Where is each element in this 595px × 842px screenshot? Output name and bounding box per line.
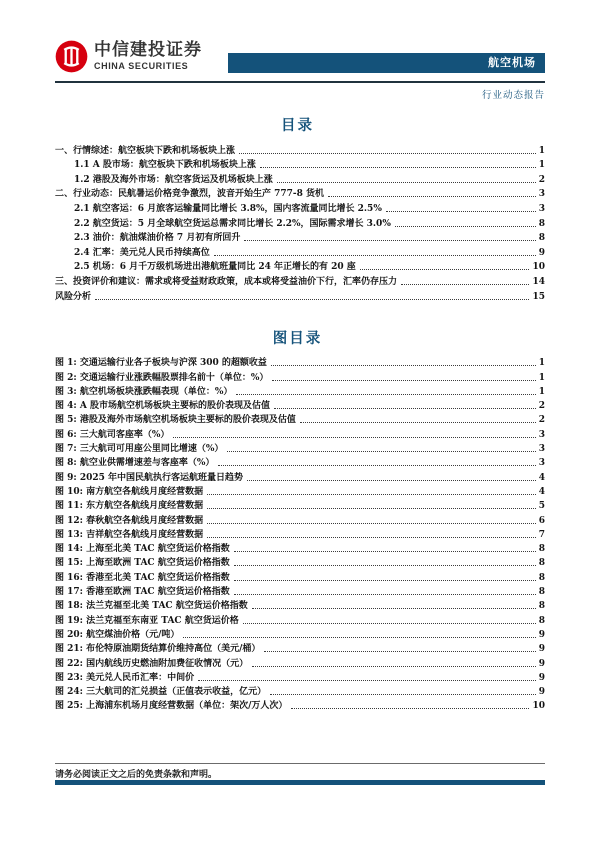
footer-disclaimer: 请务必阅读正文之后的免责条款和声明。 [55, 767, 217, 780]
footer-divider-thick [55, 780, 545, 785]
dot-leader [236, 394, 535, 395]
figure-entry-page: 2 [539, 415, 545, 425]
figure-entry-label: 图 13: 吉祥航空各航线月度经营数据 [55, 527, 203, 540]
figure-list: 图 1: 交通运输行业各子板块与沪深 300 的超额收益1图 2: 交通运输行业… [55, 354, 545, 711]
dot-leader [328, 196, 536, 197]
figure-entry-label: 图 1: 交通运输行业各子板块与沪深 300 的超额收益 [55, 355, 267, 368]
dot-leader [234, 551, 536, 552]
dot-leader [271, 365, 536, 366]
toc-entry-label: 2.3 油价：航油煤油价格 7 月初有所回升 [74, 230, 240, 243]
dot-leader [234, 580, 536, 581]
dot-leader [272, 380, 535, 381]
figure-entry-page: 7 [539, 530, 545, 540]
figure-entry[interactable]: 图 23: 美元兑人民币汇率：中间价9 [55, 669, 545, 683]
dot-leader [198, 680, 536, 681]
toc-entry[interactable]: 一、行情综述：航空板块下跌和机场板块上涨1 [55, 141, 545, 156]
figure-entry-label: 图 11: 东方航空各航线月度经营数据 [55, 498, 203, 511]
dot-leader [239, 153, 536, 154]
dot-leader [95, 299, 529, 300]
report-page: 中信建投证券 CHINA SECURITIES 航空机场 行业动态报告 目录 一… [0, 0, 595, 842]
dot-leader [207, 537, 536, 538]
figure-entry-page: 3 [539, 458, 545, 468]
figure-entry[interactable]: 图 12: 春秋航空各航线月度经营数据6 [55, 511, 545, 525]
figure-entry-label: 图 6: 三大航司客座率（%） [55, 427, 169, 440]
figure-entry[interactable]: 图 14: 上海至北美 TAC 航空货运价格指数8 [55, 540, 545, 554]
figure-entry-label: 图 20: 航空煤油价格（元/吨） [55, 627, 179, 640]
toc-entry-label: 2.1 航空客运：6 月旅客运输量同比增长 3.8%，国内客流量同比增长 2.5… [74, 201, 382, 214]
dot-leader [207, 523, 536, 524]
figure-entry[interactable]: 图 1: 交通运输行业各子板块与沪深 300 的超额收益1 [55, 354, 545, 368]
figure-entry[interactable]: 图 25: 上海浦东机场月度经营数据（单位：架次/万人次）10 [55, 697, 545, 711]
dot-leader [234, 565, 536, 566]
dot-leader [291, 708, 529, 709]
figure-entry[interactable]: 图 15: 上海至欧洲 TAC 航空货运价格指数8 [55, 554, 545, 568]
figure-entry[interactable]: 图 22: 国内航线历史燃油附加费征收情况（元）9 [55, 654, 545, 668]
figure-entry[interactable]: 图 11: 东方航空各航线月度经营数据5 [55, 497, 545, 511]
dot-leader [243, 623, 536, 624]
toc-entry[interactable]: 风险分析15 [55, 287, 545, 302]
toc-entry-label: 2.2 航空货运：5 月全球航空货运总需求同比增长 2.2%，国际需求增长 3.… [74, 216, 391, 229]
figure-entry-label: 图 15: 上海至欧洲 TAC 航空货运价格指数 [55, 555, 230, 568]
figure-entry-label: 图 4: A 股市场航空机场板块主要标的股价表现及估值 [55, 398, 270, 411]
figure-entry-label: 图 17: 香港至欧洲 TAC 航空货运价格指数 [55, 584, 230, 597]
figure-entry-page: 3 [539, 430, 545, 440]
figure-entry-label: 图 2: 交通运输行业涨跌幅股票排名前十（单位：%） [55, 370, 268, 383]
dot-leader [207, 508, 536, 509]
figure-entry-page: 1 [539, 358, 545, 368]
toc-entry[interactable]: 二、行业动态：民航暑运价格竞争激烈，波音开始生产 777-8 货机3 [55, 185, 545, 200]
dot-leader [401, 284, 529, 285]
figure-entry[interactable]: 图 3: 航空机场板块涨跌幅表现（单位：%）1 [55, 383, 545, 397]
company-logo: 中信建投证券 CHINA SECURITIES [55, 40, 202, 73]
toc-entry-label: 2.4 汇率：美元兑人民币持续高位 [74, 245, 210, 258]
figure-entry[interactable]: 图 5: 港股及海外市场航空机场板块主要标的股价表现及估值2 [55, 411, 545, 425]
dot-leader [395, 226, 536, 227]
figure-entry-page: 1 [539, 387, 545, 397]
toc-entry-label: 三、投资评价和建议：需求或将受益财政政策，成本或将受益油价下行，汇率仍存压力 [55, 274, 397, 287]
report-type-label: 行业动态报告 [482, 87, 545, 101]
dot-leader [173, 437, 535, 438]
figure-entry[interactable]: 图 13: 吉祥航空各航线月度经营数据7 [55, 526, 545, 540]
toc-entry-page: 1 [539, 160, 545, 170]
toc-entry[interactable]: 1.2 港股及海外市场：航空客货运及机场板块上涨2 [55, 170, 545, 185]
company-name-en: CHINA SECURITIES [94, 62, 202, 71]
dot-leader [244, 240, 535, 241]
figure-entry-page: 8 [539, 573, 545, 583]
company-name-cn: 中信建投证券 [94, 42, 202, 59]
toc-entry-page: 3 [539, 204, 545, 214]
figure-entry-page: 1 [539, 373, 545, 383]
figure-entry[interactable]: 图 4: A 股市场航空机场板块主要标的股价表现及估值2 [55, 397, 545, 411]
figure-entry[interactable]: 图 16: 香港至北美 TAC 航空货运价格指数8 [55, 568, 545, 582]
toc-entry-page: 14 [532, 277, 545, 287]
figure-entry-label: 图 16: 香港至北美 TAC 航空货运价格指数 [55, 570, 230, 583]
dot-leader [360, 269, 530, 270]
toc-entry[interactable]: 三、投资评价和建议：需求或将受益财政政策，成本或将受益油价下行，汇率仍存压力14 [55, 272, 545, 287]
dot-leader [207, 494, 536, 495]
figure-entry[interactable]: 图 8: 航空业供需增速差与客座率（%）3 [55, 454, 545, 468]
dot-leader [234, 594, 536, 595]
figure-entry-label: 图 22: 国内航线历史燃油附加费征收情况（元） [55, 656, 248, 669]
toc-entry-page: 3 [539, 189, 545, 199]
figure-entry-label: 图 24: 三大航司的汇兑损益（正值表示收益，亿元） [55, 684, 266, 697]
toc-entry-page: 1 [539, 146, 545, 156]
toc-entry-page: 2 [539, 175, 545, 185]
dot-leader [270, 694, 536, 695]
dot-leader [386, 211, 536, 212]
toc-entry-page: 15 [532, 292, 545, 302]
toc-entry[interactable]: 2.5 机场：6 月千万级机场进出港航班量同比 24 年正增长的有 20 座10 [55, 258, 545, 273]
figure-entry-page: 9 [539, 673, 545, 683]
figure-entry-label: 图 10: 南方航空各航线月度经营数据 [55, 484, 203, 497]
figure-entry-page: 3 [539, 444, 545, 454]
company-name: 中信建投证券 CHINA SECURITIES [94, 42, 202, 71]
dot-leader [218, 465, 535, 466]
figure-entry[interactable]: 图 21: 布伦特原油期货结算价维持高位（美元/桶）9 [55, 640, 545, 654]
dot-leader [183, 637, 535, 638]
figure-entry-label: 图 7: 三大航司可用座公里同比增速（%） [55, 441, 223, 454]
figure-entry-label: 图 25: 上海浦东机场月度经营数据（单位：架次/万人次） [55, 698, 287, 711]
toc-entry-label: 1.1 A 股市场：航空板块下跌和机场板块上涨 [74, 157, 256, 170]
toc-entry[interactable]: 2.1 航空客运：6 月旅客运输量同比增长 3.8%，国内客流量同比增长 2.5… [55, 199, 545, 214]
figure-entry-label: 图 9: 2025 年中国民航执行客运航班量日趋势 [55, 470, 243, 483]
dot-leader [247, 480, 536, 481]
toc-entry-page: 8 [539, 233, 545, 243]
figure-entry-page: 8 [539, 587, 545, 597]
toc-entry[interactable]: 2.2 航空货运：5 月全球航空货运总需求同比增长 2.2%，国际需求增长 3.… [55, 214, 545, 229]
figure-entry-page: 2 [539, 401, 545, 411]
figure-entry-page: 9 [539, 630, 545, 640]
figure-entry-page: 4 [539, 473, 545, 483]
figure-entry[interactable]: 图 2: 交通运输行业涨跌幅股票排名前十（单位：%）1 [55, 368, 545, 382]
toc-entry[interactable]: 2.4 汇率：美元兑人民币持续高位9 [55, 243, 545, 258]
figure-entry-label: 图 21: 布伦特原油期货结算价维持高位（美元/桶） [55, 641, 260, 654]
figure-entry[interactable]: 图 19: 法兰克福至东南亚 TAC 航空货运价格8 [55, 611, 545, 625]
footer-divider-thin [55, 763, 545, 764]
figure-entry-label: 图 14: 上海至北美 TAC 航空货运价格指数 [55, 541, 230, 554]
dot-leader [260, 167, 536, 168]
figure-entry[interactable]: 图 17: 香港至欧洲 TAC 航空货运价格指数8 [55, 583, 545, 597]
toc-entry-label: 一、行情综述：航空板块下跌和机场板块上涨 [55, 143, 235, 156]
dot-leader [214, 255, 536, 256]
figure-entry-label: 图 19: 法兰克福至东南亚 TAC 航空货运价格 [55, 613, 239, 626]
figure-entry-page: 8 [539, 544, 545, 554]
dot-leader [277, 182, 536, 183]
figure-entry-label: 图 8: 航空业供需增速差与客座率（%） [55, 455, 214, 468]
figure-entry[interactable]: 图 7: 三大航司可用座公里同比增速（%）3 [55, 440, 545, 454]
figure-entry-page: 9 [539, 644, 545, 654]
figure-entry-page: 9 [539, 659, 545, 669]
figure-entry-page: 9 [539, 687, 545, 697]
dot-leader [264, 651, 535, 652]
toc-entry-label: 1.2 港股及海外市场：航空客货运及机场板块上涨 [74, 172, 273, 185]
dot-leader [252, 608, 536, 609]
figure-entry-page: 6 [539, 516, 545, 526]
figure-entry-page: 5 [539, 501, 545, 511]
dot-leader [274, 408, 536, 409]
figure-entry-label: 图 3: 航空机场板块涨跌幅表现（单位：%） [55, 384, 232, 397]
dot-leader [300, 422, 536, 423]
figure-entry-label: 图 18: 法兰克福至北美 TAC 航空货运价格指数 [55, 598, 248, 611]
figure-entry-label: 图 12: 春秋航空各航线月度经营数据 [55, 513, 203, 526]
toc-entry-page: 10 [532, 262, 545, 272]
figure-entry[interactable]: 图 9: 2025 年中国民航执行客运航班量日趋势4 [55, 468, 545, 482]
figure-entry[interactable]: 图 10: 南方航空各航线月度经营数据4 [55, 483, 545, 497]
toc-title: 目录 [0, 114, 595, 135]
figure-entry-page: 8 [539, 616, 545, 626]
toc-entry-page: 8 [539, 219, 545, 229]
figure-entry-label: 图 5: 港股及海外市场航空机场板块主要标的股价表现及估值 [55, 412, 296, 425]
toc-entry[interactable]: 2.3 油价：航油煤油价格 7 月初有所回升8 [55, 229, 545, 244]
toc-entry-label: 风险分析 [55, 289, 91, 302]
figure-entry-label: 图 23: 美元兑人民币汇率：中间价 [55, 670, 194, 683]
toc-list: 一、行情综述：航空板块下跌和机场板块上涨11.1 A 股市场：航空板块下跌和机场… [55, 141, 545, 302]
figure-list-title: 图目录 [0, 327, 595, 348]
figure-entry[interactable]: 图 20: 航空煤油价格（元/吨）9 [55, 626, 545, 640]
figure-entry-page: 10 [532, 701, 545, 711]
figure-entry-page: 8 [539, 558, 545, 568]
figure-entry[interactable]: 图 6: 三大航司客座率（%）3 [55, 425, 545, 439]
figure-entry[interactable]: 图 24: 三大航司的汇兑损益（正值表示收益，亿元）9 [55, 683, 545, 697]
toc-entry-label: 二、行业动态：民航暑运价格竞争激烈，波音开始生产 777-8 货机 [55, 186, 324, 199]
figure-entry[interactable]: 图 18: 法兰克福至北美 TAC 航空货运价格指数8 [55, 597, 545, 611]
dot-leader [252, 666, 536, 667]
toc-entry-page: 9 [539, 248, 545, 258]
header-divider [55, 81, 545, 83]
industry-category-banner: 航空机场 [228, 53, 545, 73]
figure-entry-page: 4 [539, 487, 545, 497]
figure-entry-page: 8 [539, 601, 545, 611]
dot-leader [227, 451, 535, 452]
citic-logo-icon [55, 40, 88, 73]
toc-entry[interactable]: 1.1 A 股市场：航空板块下跌和机场板块上涨1 [55, 156, 545, 171]
toc-entry-label: 2.5 机场：6 月千万级机场进出港航班量同比 24 年正增长的有 20 座 [74, 259, 356, 272]
